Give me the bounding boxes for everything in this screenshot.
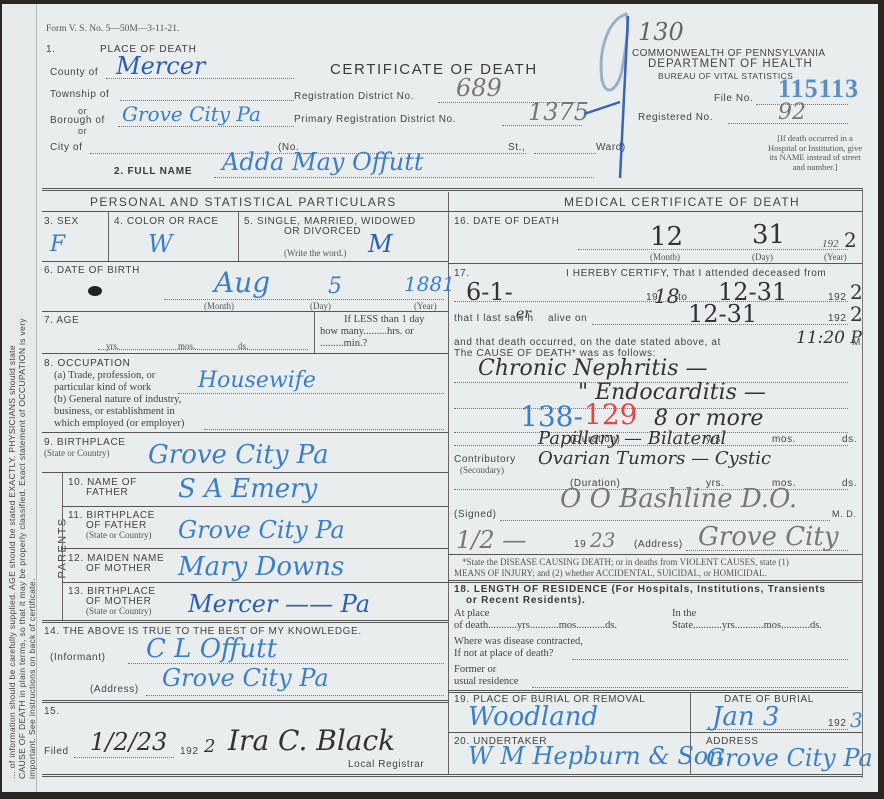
dob-month-value: Aug [214,266,270,299]
registered-no-value: 92 [778,100,806,125]
contracted-2: If not at place of death? [454,648,553,659]
attended-from-value: 6-1- [466,278,513,306]
street-label: St., [508,142,525,153]
instructions-line-3: important. See instructions on back of c… [27,19,37,779]
contributory-line-2-value: Ovarian Tumors — Cystic [538,448,771,469]
personal-section-title: PERSONAL AND STATISTICAL PARTICULARS [90,195,397,209]
registrar-signature: Ira C. Black [228,724,395,757]
occupation-value: Housewife [198,368,316,393]
classification-code-red: 129 [584,398,637,431]
instructions-strip: ... of information should be carefully s… [2,4,37,792]
filed-year-suffix: 2 [204,736,215,757]
contracted-line [572,659,848,660]
race-label: 4. COLOR OR RACE [114,216,219,227]
marital-hint: (Write the word.) [284,248,346,258]
contributory-line-1-value: Papillary — Bilateral [538,428,726,449]
occupation-b-1: (b) General nature of industry, [54,394,181,405]
alive-on-label: alive on [548,313,587,324]
rule [42,472,448,473]
physician-signature: O O Bashline D.O. [560,484,797,514]
cause-line-2 [454,408,848,409]
burial-date-value: Jan 3 [712,702,779,732]
rule [42,774,448,777]
rule [238,211,239,261]
father-name-value: S A Emery [178,474,317,504]
rule [108,211,109,261]
rule [448,690,862,693]
at-place-1: At place [454,608,489,619]
county-label: County of [50,67,98,78]
file-no-label: File No. [714,93,753,104]
in-state-2: State...........yrs...........mos.......… [672,620,822,631]
dod-line [578,249,848,250]
dob-year-caption: (Year) [414,301,437,311]
registered-no-label: Registered No. [638,112,713,123]
signed-label: (Signed) [454,509,497,520]
certificate-form: Form V. S. No. 5—50M—3-11-21. 1. PLACE O… [38,4,866,792]
date-of-birth-label: 6. DATE OF BIRTH [44,265,140,276]
occupation-b-2: business, or establishment in [54,406,175,417]
agency-line-3: BUREAU OF VITAL STATISTICS [658,71,793,81]
signed-date: 1/2 — [456,526,526,554]
rule [448,554,862,555]
page-number: 130 [638,18,684,46]
burial-place-value: Woodland [468,702,598,732]
last-saw-year-prefix: 192 [828,313,847,324]
date-of-death-label: 16. DATE OF DEATH [454,216,559,227]
footnote-line-2: MEANS OF INJURY; and (2) whether ACCIDEN… [454,568,767,578]
form-number: Form V. S. No. 5—50M—3-11-21. [46,24,179,34]
footnote-line-1: *State the DISEASE CAUSING DEATH; or in … [462,557,789,567]
residence-title-1: 18. LENGTH OF RESIDENCE (For Hospitals, … [454,584,826,595]
full-name-value: Adda May Offutt [222,148,424,176]
rule [42,211,448,212]
filing-number: 15. [44,706,60,717]
registration-district-label: Registration District No. [294,91,414,102]
borough-line [118,126,294,127]
occupation-a-2: particular kind of work [54,382,151,393]
county-value: Mercer [116,52,205,80]
death-time-label: and that death occurred, on the date sta… [454,337,721,348]
rule [42,261,448,262]
rule [62,548,448,549]
mother-birthplace-value: Mercer —— Pa [188,590,370,618]
registration-district-value: 689 [456,74,502,102]
place-of-death-number: 1. [46,44,56,55]
signed-line [500,520,830,521]
full-name-label: 2. FULL NAME [114,166,192,177]
burial-year-prefix: 192 [828,718,847,729]
signed-year-prefix: 19 [574,539,586,550]
attended-to-year: 2 [850,280,863,304]
dob-year-value: 1881 [404,272,455,296]
mother-name-label-2: OF MOTHER [86,563,151,574]
occupation-b-3: which employed (or employer) [54,418,184,429]
instructions-text: ... of information should be carefully s… [7,19,37,779]
attended-to-label: to [678,292,688,303]
rule [448,774,862,777]
township-line [120,100,294,101]
age-mos: mos. [178,341,195,351]
former-residence-line [532,687,848,688]
rule [42,432,448,433]
dod-month-value: 12 [650,222,683,252]
father-birthplace-value: Grove City Pa [178,516,345,544]
borough-label: Borough of [50,115,105,126]
birthplace-sublabel: (State or Country) [44,448,110,458]
filed-value: 1/2/23 [90,728,167,756]
birthplace-value: Grove City Pa [148,440,329,470]
agency-line-2: DEPARTMENT OF HEALTH [648,58,813,70]
filed-year-prefix: 192 [180,746,199,757]
father-birthplace-label-3: (State or Country) [86,530,152,540]
rule [448,580,862,583]
informant-value: C L Offutt [146,634,277,664]
father-name-label-2: FATHER [86,487,128,498]
dod-year-caption: (Year) [824,252,847,262]
rule [62,582,448,583]
mother-birthplace-label-3: (State or Country) [86,606,152,616]
full-name-line [214,177,594,178]
sex-value: F [50,232,65,257]
md-label: M. D. [832,509,857,519]
dod-day-caption: (Day) [752,252,773,262]
dod-year-suffix: 2 [844,228,857,252]
race-value: W [148,230,173,258]
in-state-1: In the [672,608,696,619]
occupation-a-1: (a) Trade, profession, or [54,370,155,381]
mother-name-value: Mary Downs [178,552,344,582]
undertaker-address-value: Grove City Pa [706,744,873,772]
rule [448,211,862,212]
certificate-title: CERTIFICATE OF DEATH [330,61,538,78]
last-saw-year: 2 [850,302,863,326]
rule [42,700,448,703]
rule [62,506,448,507]
ink-blot [88,286,102,296]
attended-from-year: 18 [654,284,679,308]
duration-mos: mos. [772,434,796,445]
residence-title-2: or Recent Residents). [466,595,586,606]
rule [448,732,862,733]
informant-address-label: (Address) [90,684,139,695]
instructions-line-2: CAUSE OF DEATH in plain terms, so that i… [17,19,27,779]
undertaker-value: W M Hepburn & Son [468,742,724,770]
rule [862,188,863,778]
header-divider [42,188,862,191]
rule [448,263,862,264]
marital-label-2: OR DIVORCED [284,226,361,237]
rule [42,353,448,354]
duration-ds: ds. [842,434,857,445]
age-label: 7. AGE [44,315,79,326]
occupation-a-line [178,393,444,394]
instructions-line-1: ... of information should be carefully s… [7,19,17,779]
dob-day-value: 5 [328,274,342,299]
borough-value: Grove City Pa [122,102,261,126]
informant-address-line [146,695,444,696]
signed-address-value: Grove City [698,522,839,552]
dob-month-caption: (Month) [204,301,234,311]
marital-value: M [368,230,393,258]
signed-year: 23 [590,528,615,552]
last-saw-her: er [516,306,531,322]
age-line [98,349,308,350]
attended-to-year-prefix: 192 [828,292,847,303]
hospital-note: [If death occurred in a Hospital or Inst… [766,134,864,172]
signed-address-label: (Address) [634,539,683,550]
less-than-day-2: how many.........hrs. or [320,326,414,337]
registrar-label: Local Registrar [348,759,424,770]
secondary-label: (Secondary) [460,465,504,475]
former-residence-1: Former or [454,664,496,675]
at-place-2: of death...........yrs...........mos....… [454,620,617,631]
filed-label: Filed [44,746,69,757]
or-text-2: or [78,126,87,136]
dob-day-caption: (Day) [310,301,331,311]
rule [42,620,448,623]
filed-line [74,757,174,758]
medical-section-title: MEDICAL CERTIFICATE OF DEATH [564,195,800,209]
last-saw-date: 12-31 [688,300,757,328]
age-ds: ds. [238,341,248,351]
rule [62,472,63,620]
informant-label: (Informant) [50,652,106,663]
dob-line [164,299,444,300]
former-residence-2: usual residence [454,676,518,687]
rule [42,311,448,312]
primary-registration-label: Primary Registration District No. [294,114,456,125]
age-yrs: yrs. [106,341,119,351]
contracted-1: Where was disease contracted, [454,636,583,647]
birthplace-label: 9. BIRTHPLACE [44,437,126,448]
contributory-label: Contributory [454,454,516,465]
rule [314,311,315,353]
dod-day-value: 31 [752,220,785,250]
sex-label: 3. SEX [44,216,79,227]
certify-text: I HEREBY CERTIFY, That I attended deceas… [566,268,826,279]
dod-year-prefix: 192 [822,238,839,250]
occupation-b-line [204,429,444,430]
death-certificate: ... of information should be carefully s… [2,4,878,792]
cause-line-1-value: Chronic Nephritis — [478,356,708,381]
dod-month-caption: (Month) [650,252,680,262]
township-label: Township of [50,89,109,100]
occupation-label: 8. OCCUPATION [44,358,131,369]
informant-address-value: Grove City Pa [162,664,329,692]
less-than-day-1: If LESS than 1 day [344,314,425,325]
city-label: City of [50,142,83,153]
duration2-ds: ds. [842,478,857,489]
less-than-day-3: .........min.? [320,338,367,349]
burial-year-suffix: 3 [850,708,863,732]
